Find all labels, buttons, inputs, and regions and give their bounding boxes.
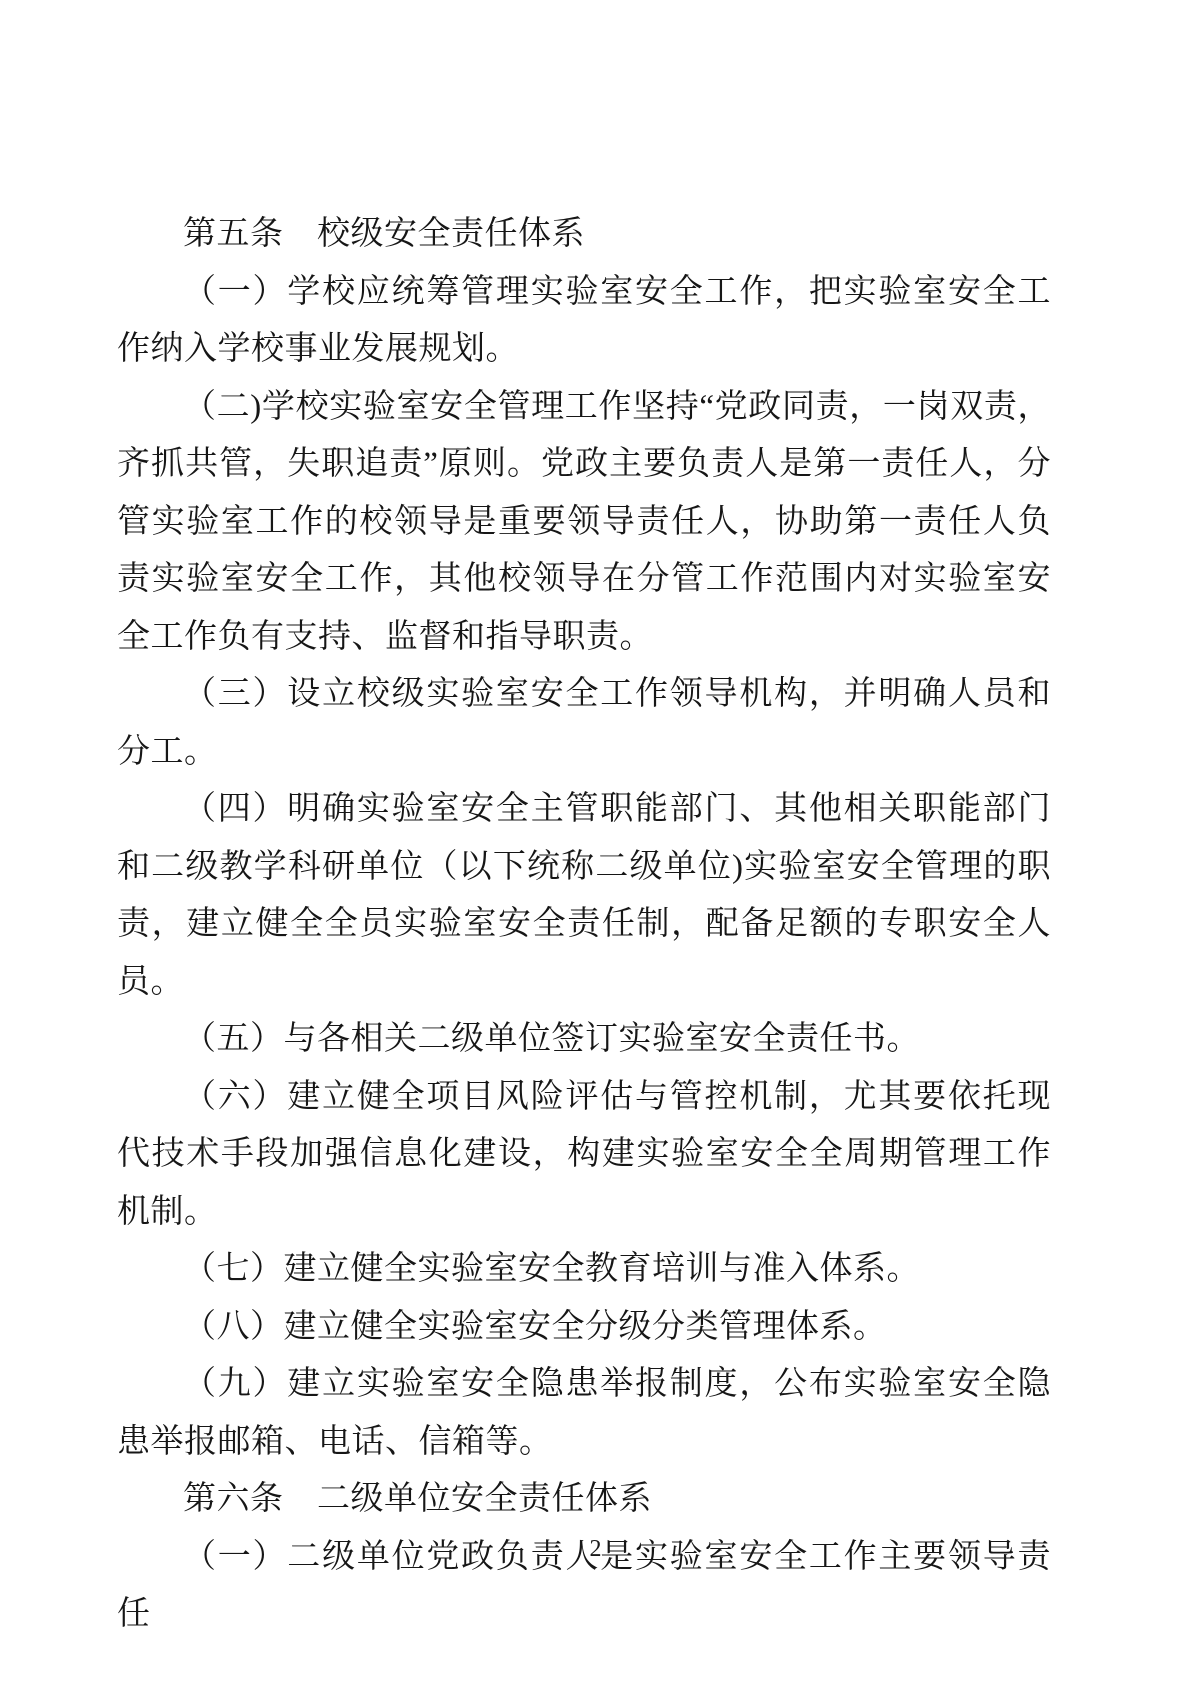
document-paragraph-2: （二)学校实验室安全管理工作坚持“党政同责，一岗双责，齐抓共管，失职追责”原则。… <box>117 379 1051 667</box>
document-page: 第五条 校级安全责任体系 （一）学校应统筹管理实验室安全工作，把实验室安全工作纳… <box>0 0 1191 1684</box>
document-paragraph-5: （五）与各相关二级单位签订实验室安全责任书。 <box>117 1011 1051 1069</box>
document-paragraph-7: （七）建立健全实验室安全教育培训与准入体系。 <box>117 1241 1051 1299</box>
page-number: 2 <box>0 1534 1191 1564</box>
document-paragraph-6: （六）建立健全项目风险评估与管控机制，尤其要依托现代技术手段加强信息化建设，构建… <box>117 1069 1051 1242</box>
document-body: 第五条 校级安全责任体系 （一）学校应统筹管理实验室安全工作，把实验室安全工作纳… <box>117 206 1051 1644</box>
document-paragraph-4: （四）明确实验室安全主管职能部门、其他相关职能部门和二级教学科研单位（以下统称二… <box>117 781 1051 1011</box>
article-heading-six: 第六条 二级单位安全责任体系 <box>117 1471 1051 1529</box>
article-heading-five: 第五条 校级安全责任体系 <box>117 206 1051 264</box>
document-paragraph-3: （三）设立校级实验室安全工作领导机构，并明确人员和分工。 <box>117 666 1051 781</box>
document-paragraph-1: （一）学校应统筹管理实验室安全工作，把实验室安全工作纳入学校事业发展规划。 <box>117 264 1051 379</box>
document-paragraph-8: （八）建立健全实验室安全分级分类管理体系。 <box>117 1299 1051 1357</box>
document-paragraph-9: （九）建立实验室安全隐患举报制度，公布实验室安全隐患举报邮箱、电话、信箱等。 <box>117 1356 1051 1471</box>
